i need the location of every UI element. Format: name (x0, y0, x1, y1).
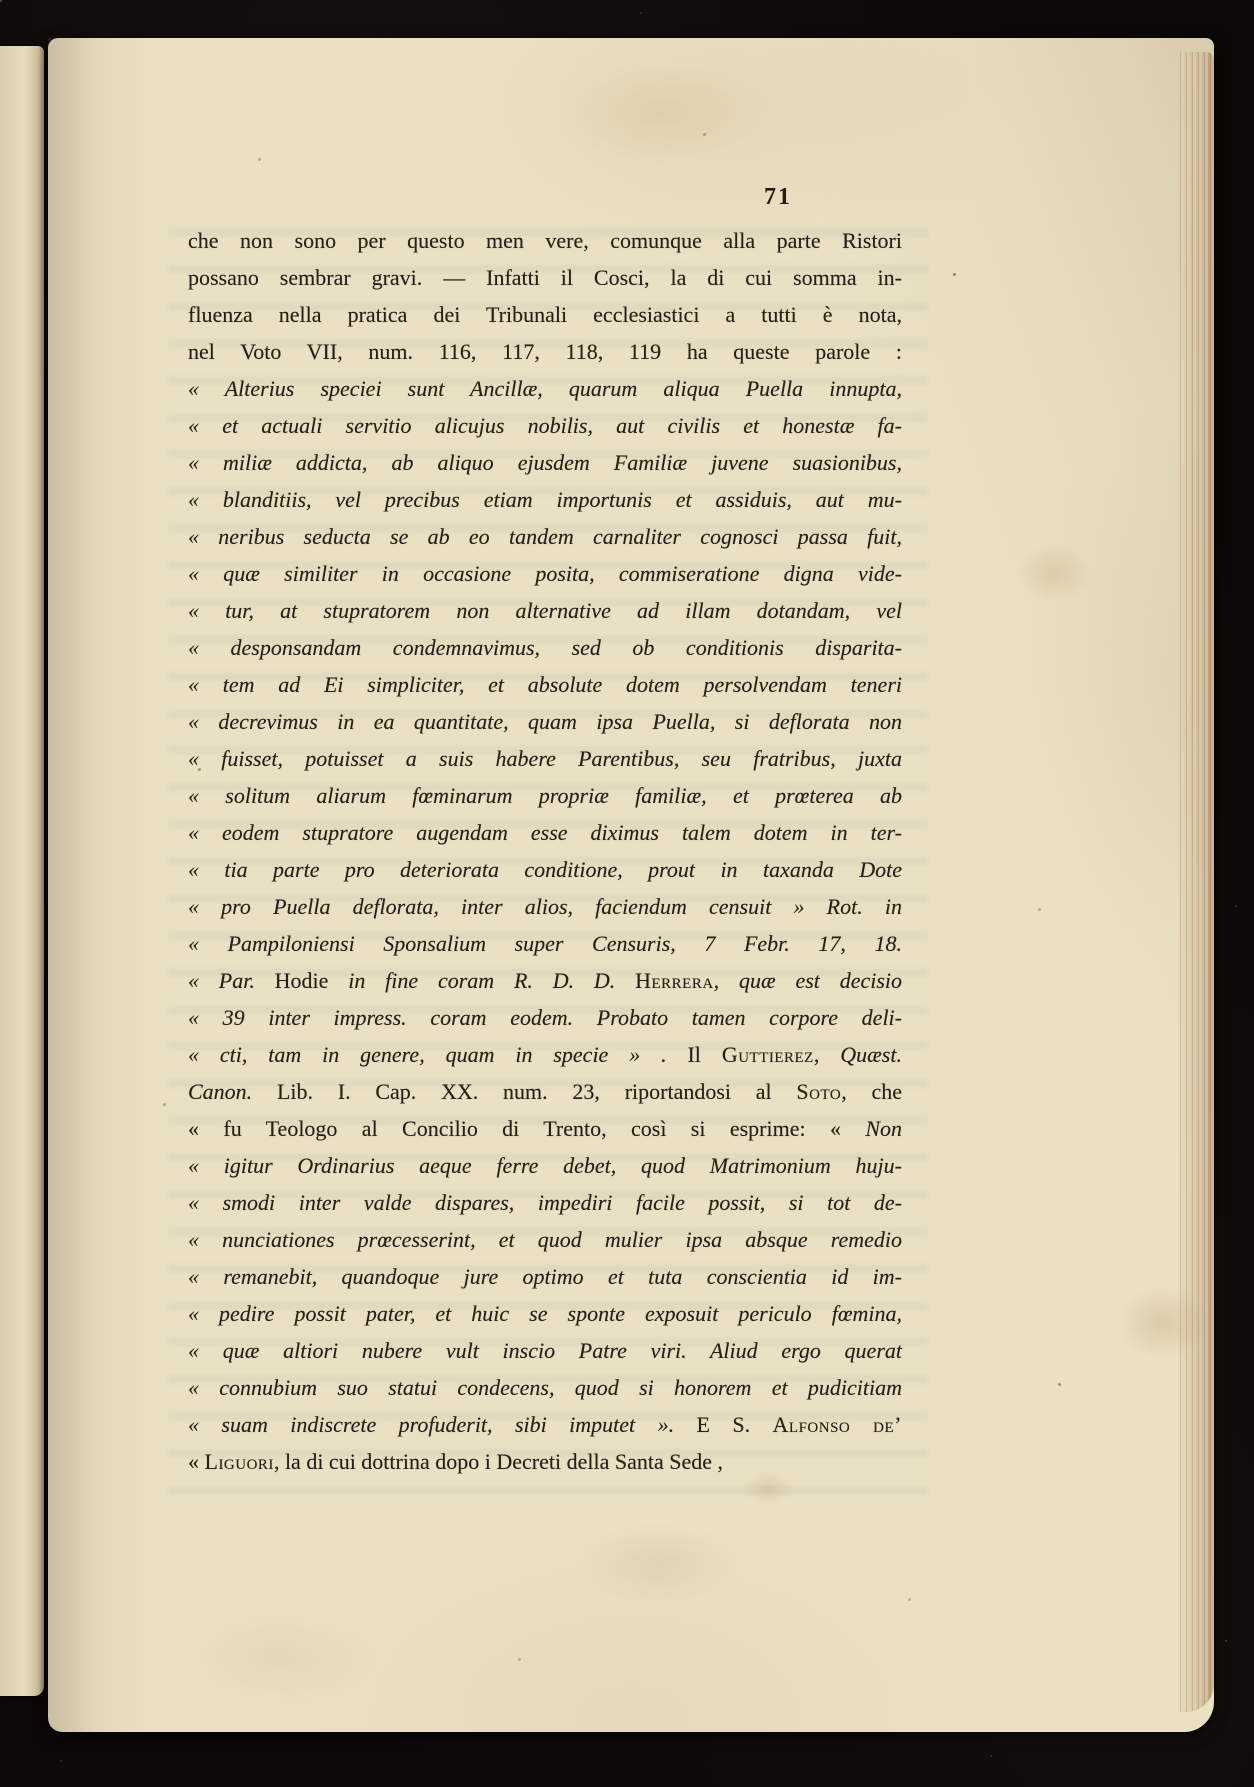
text-line: « blanditiis, vel precibus etiam importu… (188, 481, 902, 518)
text-segment: Guttierez (722, 1042, 814, 1067)
text-line: « connubium suo statui condecens, quod s… (188, 1369, 902, 1406)
text-segment: « 39 inter impress. coram eodem. Probato… (188, 1005, 902, 1030)
text-segment: « suam indiscrete profuderit, sibi imput… (188, 1412, 697, 1437)
text-segment: « cti, tam in genere, quam in specie » . (188, 1042, 687, 1067)
paper-stain (168, 1598, 388, 1718)
text-segment: « eodem stupratore augendam esse diximus… (188, 820, 902, 845)
text-segment: , (814, 1042, 840, 1067)
text-line: « pro Puella deflorata, inter alios, fac… (188, 888, 902, 925)
text-line: « tia parte pro deteriorata conditione, … (188, 851, 902, 888)
page-number: 71 (764, 184, 824, 211)
text-line: nel Voto VII, num. 116, 117, 118, 119 ha… (188, 333, 902, 370)
text-segment: « smodi inter valde dispares, impediri f… (188, 1190, 902, 1215)
text-segment: fluenza nella pratica dei Tribunali eccl… (188, 302, 902, 327)
text-segment: Alfonso de’ (773, 1412, 902, 1437)
text-line: « neribus seducta se ab eo tandem carnal… (188, 518, 902, 555)
text-line: « decrevimus in ea quantitate, quam ipsa… (188, 703, 902, 740)
dust-specks (0, 0, 2, 2)
text-line: « suam indiscrete profuderit, sibi imput… (188, 1406, 902, 1443)
text-segment: , che (841, 1079, 902, 1104)
fore-edge-page-stack (1178, 52, 1214, 1712)
paper-stain (568, 1518, 748, 1608)
text-segment: « Pampiloniensi Sponsalium super Censuri… (188, 931, 902, 956)
facing-page-edge (0, 46, 44, 1696)
scanned-book-photo: { "colors":{ "backdrop":"#0b0908", "pape… (0, 0, 1254, 1787)
text-segment: Il (687, 1042, 721, 1067)
text-segment: possano sembrar gravi. — Infatti il Cosc… (188, 265, 902, 290)
text-segment: E S. (697, 1412, 773, 1437)
text-segment: che non sono per questo men vere, comunq… (188, 228, 902, 253)
text-block: che non sono per questo men vere, comunq… (188, 222, 902, 1480)
text-segment: « miliæ addicta, ab aliquo ejusdem Famil… (188, 450, 902, 475)
text-segment: « (188, 1449, 205, 1474)
text-line: « solitum aliarum fœminarum propriæ fami… (188, 777, 902, 814)
text-segment: « decrevimus in ea quantitate, quam ipsa… (188, 709, 902, 734)
text-segment: « et actuali servitio alicujus nobilis, … (188, 413, 902, 438)
text-segment: « blanditiis, vel precibus etiam importu… (188, 487, 902, 512)
text-line: « remanebit, quandoque jure optimo et tu… (188, 1258, 902, 1295)
text-line: « nunciationes prœcesserint, et quod mul… (188, 1221, 902, 1258)
text-segment: « pedire possit pater, et huic se sponte… (188, 1301, 902, 1326)
text-segment: « igitur Ordinarius aeque ferre debet, q… (188, 1153, 902, 1178)
text-segment: « remanebit, quandoque jure optimo et tu… (188, 1264, 902, 1289)
text-segment: Lib. I. Cap. XX. num. 23, riportandosi a… (277, 1079, 796, 1104)
text-segment: « fuisset, potuisset a suis habere Paren… (188, 746, 902, 771)
text-segment: , quæ est decisio (714, 968, 902, 993)
text-segment: in fine coram R. D. D. (348, 968, 635, 993)
text-segment: « desponsandam condemnavimus, sed ob con… (188, 635, 902, 660)
text-segment: « tem ad Ei simpliciter, et absolute dot… (188, 672, 902, 697)
text-segment: Non (865, 1116, 902, 1141)
text-segment: Liguori (205, 1449, 274, 1474)
text-line: « et actuali servitio alicujus nobilis, … (188, 407, 902, 444)
text-line: « smodi inter valde dispares, impediri f… (188, 1184, 902, 1221)
text-segment: Herrera (635, 968, 714, 993)
text-line: « fu Teologo al Concilio di Trento, così… (188, 1110, 902, 1147)
text-line: « Par. Hodie in fine coram R. D. D. Herr… (188, 962, 902, 999)
book-page: 71 che non sono per questo men vere, com… (48, 38, 1214, 1732)
text-line: « desponsandam condemnavimus, sed ob con… (188, 629, 902, 666)
text-segment: « tia parte pro deteriorata conditione, … (188, 857, 902, 882)
text-segment: Soto (796, 1079, 841, 1104)
text-line: « quæ altiori nubere vult inscio Patre v… (188, 1332, 902, 1369)
text-line: « 39 inter impress. coram eodem. Probato… (188, 999, 902, 1036)
text-segment: « quæ altiori nubere vult inscio Patre v… (188, 1338, 902, 1363)
text-line: « tur, at stupratorem non alternative ad… (188, 592, 902, 629)
text-segment: nel Voto VII, num. 116, 117, 118, 119 ha… (188, 339, 902, 364)
text-segment: « pro Puella deflorata, inter alios, fac… (188, 894, 902, 919)
text-line: « cti, tam in genere, quam in specie » .… (188, 1036, 902, 1073)
text-line: « Alterius speciei sunt Ancillæ, quarum … (188, 370, 902, 407)
text-line: che non sono per questo men vere, comunq… (188, 222, 902, 259)
text-line: « tem ad Ei simpliciter, et absolute dot… (188, 666, 902, 703)
foxing-specks (48, 38, 51, 41)
text-segment: « quæ similiter in occasione posita, com… (188, 561, 902, 586)
text-segment: « Par. (188, 968, 275, 993)
text-segment: Quæst. (840, 1042, 902, 1067)
text-line: « eodem stupratore augendam esse diximus… (188, 814, 902, 851)
text-segment: « connubium suo statui condecens, quod s… (188, 1375, 902, 1400)
text-segment: Canon. (188, 1079, 277, 1104)
text-line: « fuisset, potuisset a suis habere Paren… (188, 740, 902, 777)
text-line: Canon. Lib. I. Cap. XX. num. 23, riporta… (188, 1073, 902, 1110)
text-line: « quæ similiter in occasione posita, com… (188, 555, 902, 592)
text-line: fluenza nella pratica dei Tribunali eccl… (188, 296, 902, 333)
text-line: « miliæ addicta, ab aliquo ejusdem Famil… (188, 444, 902, 481)
text-segment: , la di cui dottrina dopo i Decreti dell… (274, 1449, 723, 1474)
text-line: possano sembrar gravi. — Infatti il Cosc… (188, 259, 902, 296)
text-segment: « tur, at stupratorem non alternative ad… (188, 598, 902, 623)
text-segment: « neribus seducta se ab eo tandem carnal… (188, 524, 902, 549)
text-segment: « nunciationes prœcesserint, et quod mul… (188, 1227, 902, 1252)
text-line: « Liguori, la di cui dottrina dopo i Dec… (188, 1443, 902, 1480)
text-segment: « fu Teologo al Concilio di Trento, così… (188, 1116, 865, 1141)
text-line: « Pampiloniensi Sponsalium super Censuri… (188, 925, 902, 962)
text-line: « igitur Ordinarius aeque ferre debet, q… (188, 1147, 902, 1184)
paper-stain (548, 58, 768, 168)
text-line: « pedire possit pater, et huic se sponte… (188, 1295, 902, 1332)
text-segment: Hodie (275, 968, 349, 993)
paper-stain (1008, 538, 1098, 608)
text-segment: « Alterius speciei sunt Ancillæ, quarum … (188, 376, 902, 401)
text-segment: « solitum aliarum fœminarum propriæ fami… (188, 783, 902, 808)
